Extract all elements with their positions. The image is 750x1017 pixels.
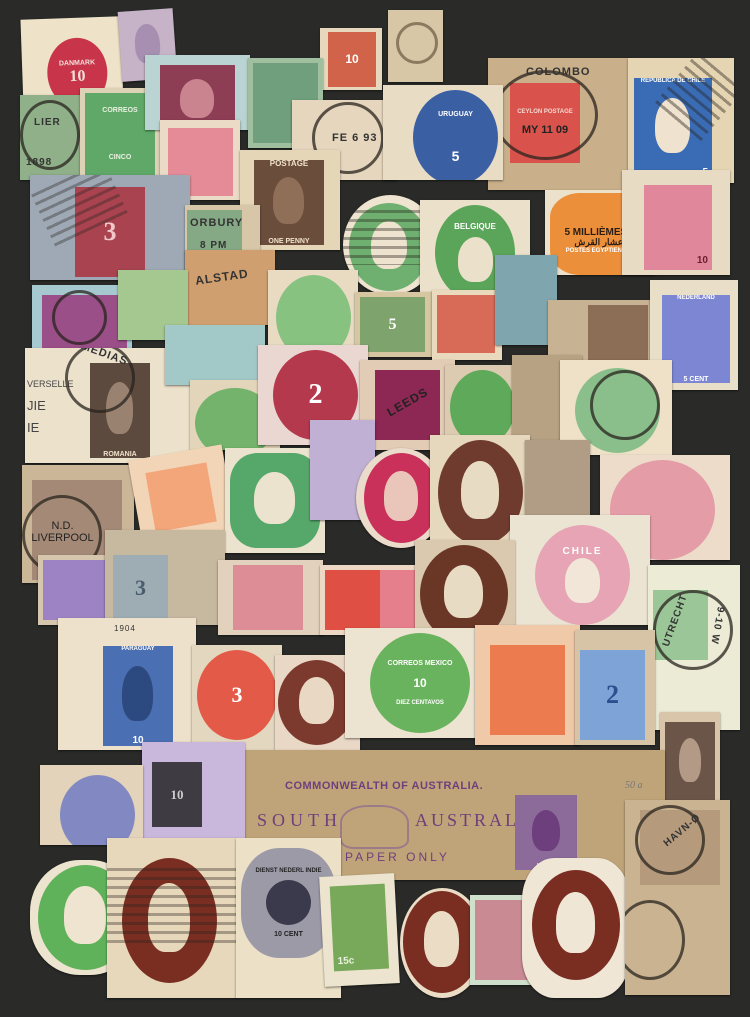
- king-head-icon: [444, 565, 484, 619]
- postmark: [625, 900, 685, 980]
- blue-2-cut: 2: [575, 630, 655, 745]
- postmark: [52, 290, 107, 345]
- stamp-collection-photo: { "photo": { "subject": "Collection of c…: [0, 0, 750, 1017]
- lilac-sage-cut: 10: [142, 742, 245, 842]
- blue-2-stamp: 2: [580, 650, 645, 740]
- france-sage-green-stamp: 5: [360, 297, 425, 352]
- pink-monaco-cut: 10: [622, 170, 730, 275]
- paraguay-card-cut: 1904 PARAGUAY 10: [58, 618, 196, 750]
- orange-eagle-stamp: [490, 645, 565, 735]
- king-head-icon: [458, 237, 493, 282]
- sphinx-icon: [254, 472, 295, 524]
- red-orange-cut: [320, 565, 425, 635]
- orange-eagle-cut: [475, 625, 580, 745]
- blue-queen-stamp: [60, 775, 135, 845]
- pink-red-stamp: [380, 570, 420, 630]
- three-halfpence-right-cut: [522, 858, 630, 998]
- king-head-icon: [556, 892, 596, 953]
- red-three-halfpence-stamp: [364, 453, 439, 543]
- queen-head-icon: [266, 880, 311, 925]
- netherlands-stamp: NEDERLAND 5 CENT: [662, 295, 730, 383]
- dwi-stamp: 3: [197, 650, 277, 740]
- colombo-postmark: [493, 70, 598, 160]
- red-orange-stamp: [325, 570, 385, 630]
- king-head-icon: [180, 79, 214, 118]
- pencil-note: 50 a: [625, 780, 643, 791]
- brown-stamp-cut: [548, 300, 658, 360]
- green-oval-cut: [268, 270, 358, 355]
- france-sower-stamp: 15c: [330, 884, 389, 972]
- chile-pink-envelope-cut: CHILE: [510, 515, 650, 625]
- france-sower-red-stamp: [437, 295, 495, 353]
- king-head-icon: [384, 471, 418, 521]
- brown-stamp: [588, 305, 648, 360]
- chile-red-cut: 3: [30, 175, 190, 280]
- alstad-cut: ALSTAD: [185, 250, 275, 325]
- blue-queen-cut: [40, 765, 143, 845]
- liverpool-postmark-text: N.D. LIVERPOOL: [30, 520, 95, 544]
- green-oval-stamp: [276, 275, 351, 355]
- three-halfpence-left-cut: [107, 838, 237, 998]
- cancellation-bars: [107, 868, 237, 948]
- france-cut: 10: [320, 28, 382, 90]
- chile-pink-stamp: CHILE: [535, 525, 630, 625]
- pink-monaco-stamp: 10: [644, 185, 712, 270]
- king-head-icon: [64, 886, 107, 944]
- uruguay-stamp: URUGUAY 5: [413, 90, 498, 180]
- italy-cut: [660, 712, 720, 804]
- postmark-cut: [388, 10, 443, 82]
- king-portrait-icon: [679, 738, 702, 782]
- queen-head-icon: [273, 177, 305, 224]
- postmark: [396, 22, 438, 64]
- egypt-green-stamp: [230, 453, 320, 548]
- profile-head-icon: [565, 558, 600, 603]
- gb-one-penny-stamp: POSTAGE ONE PENNY: [254, 160, 324, 245]
- bearded-man-portrait-icon: [122, 666, 154, 721]
- wrapper-line1: COMMONWEALTH OF AUSTRALIA.: [285, 780, 483, 792]
- stamp-value: 10: [69, 67, 86, 86]
- green-oval-2-stamp: [450, 370, 515, 445]
- grey-3-stamp: 3: [113, 555, 168, 620]
- green-oval-2-cut: [445, 365, 520, 445]
- red-pink-stamp: [233, 565, 303, 630]
- gb-edward-cut: [145, 55, 250, 130]
- france-sage-stamp: 10: [328, 32, 376, 87]
- blue-eagle-cut: [525, 440, 590, 520]
- black-sage-stamp: 10: [152, 762, 202, 827]
- light-blue-cut: [165, 325, 265, 385]
- haven-cut: HAVN-Ø: [625, 800, 730, 995]
- three-halfpence-right-stamp: [532, 870, 620, 980]
- queen-head-icon: [532, 810, 560, 851]
- red-pink-cut: [218, 560, 323, 635]
- wrapper-line3: PAPER ONLY: [345, 850, 450, 864]
- uruguay-envelope-cut: URUGUAY 5: [383, 85, 503, 180]
- france-sower-red-cut: [432, 290, 502, 360]
- dwi-envelope-cut: 3: [192, 645, 282, 750]
- lier-stamp-cut: LIER 1898: [20, 95, 85, 180]
- porte-lilac-stamp: [43, 560, 113, 620]
- chile-blue-envelope-cut: REPUBLICA DE CHILE 5: [628, 58, 734, 183]
- postmark: [590, 370, 660, 440]
- king-head-icon: [424, 911, 459, 967]
- mexico-stamp: CORREOS MEXICO 10 DIEZ CENTAVOS: [370, 633, 470, 733]
- king-head-icon: [299, 677, 334, 724]
- utrecht-envelope-cut: UTRECHT 9-10 W: [648, 565, 740, 730]
- orange-stamp: [145, 462, 216, 532]
- mexico-envelope-cut: CORREOS MEXICO 10 DIEZ CENTAVOS: [345, 628, 485, 738]
- france-sower-cut: 15c: [319, 873, 400, 987]
- coat-of-arms-icon: [340, 805, 409, 849]
- ceylon-envelope-cut: CEYLON POSTAGE MY 11 09 COLOMBO: [488, 58, 633, 190]
- king-head-icon: [461, 461, 499, 519]
- italy-stamp: [665, 722, 715, 802]
- paraguay-stamp: PARAGUAY 10: [103, 646, 173, 746]
- blue-grey-cut: 3: [105, 530, 225, 625]
- wrapper-line2-left: SOUTH: [257, 810, 342, 831]
